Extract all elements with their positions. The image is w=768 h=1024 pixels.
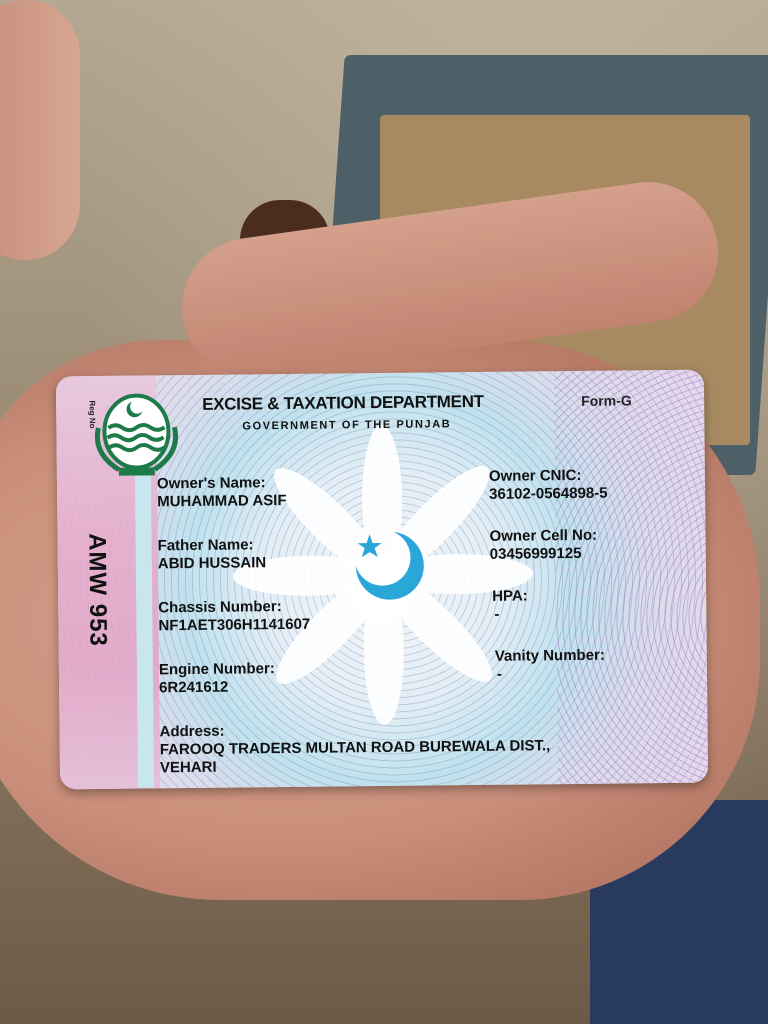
guilloche-pattern-right [554,370,708,785]
hpa-label: HPA: [492,587,528,604]
engine-number-label: Engine Number: [159,660,275,678]
government-subtitle: GOVERNMENT OF THE PUNJAB [242,418,451,432]
owner-cell-label: Owner Cell No: [489,527,597,545]
registration-number: AMW 953 [82,533,111,647]
engine-number-value: 6R241612 [159,679,228,697]
thumb [0,0,80,260]
chassis-number-label: Chassis Number: [158,598,282,616]
crescent-star-icon [347,528,428,604]
form-label: Form-G [581,392,632,409]
owner-name-label: Owner's Name: [157,474,266,492]
punjab-government-emblem-icon [88,387,185,480]
address-label: Address: [159,723,224,741]
owner-cell-value: 03456999125 [490,545,582,563]
owner-cnic-label: Owner CNIC: [489,467,582,485]
vehicle-registration-card: EXCISE & TAXATION DEPARTMENT GOVERNMENT … [56,370,708,790]
department-title: EXCISE & TAXATION DEPARTMENT [202,392,484,415]
vanity-number-label: Vanity Number: [495,647,605,665]
chassis-number-value: NF1AET306H1141607 [158,616,310,635]
owner-name-value: MUHAMMAD ASIF [157,492,287,510]
owner-cnic-value: 36102-0564898-5 [489,485,608,503]
hpa-value: - [494,606,499,623]
blue-security-strip [135,467,154,787]
father-name-value: ABID HUSSAIN [158,554,267,572]
father-name-label: Father Name: [158,536,254,554]
vanity-number-value: - [497,666,502,683]
reg-no-label: Reg No [88,400,97,428]
address-line2: VEHARI [160,759,217,777]
